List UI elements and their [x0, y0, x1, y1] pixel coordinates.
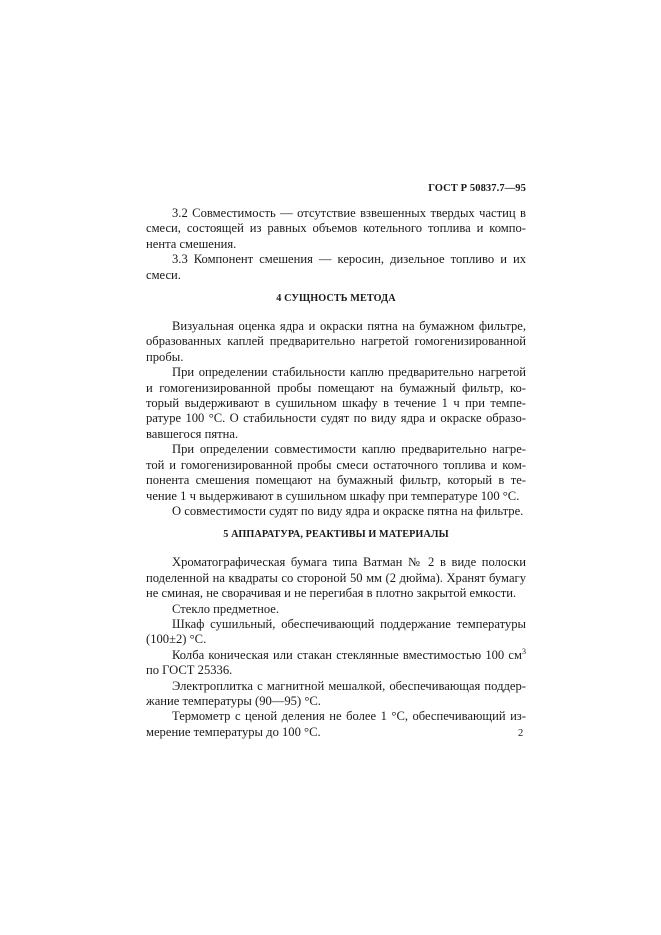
- section-4-paragraph: Визуальная оценка ядра и окраски пятна н…: [146, 319, 526, 365]
- section-4-paragraph: О совместимости судят по виду ядра и окр…: [146, 504, 526, 519]
- page-number: 2: [518, 728, 523, 740]
- section-5-flask-paragraph: Колба коническая или стакан стеклянные в…: [146, 648, 526, 679]
- definition-3-3: 3.3 Компонент смешения — керосин, дизель…: [146, 252, 526, 283]
- section-5-paragraph: Стекло предметное.: [146, 602, 526, 617]
- definition-3-2: 3.2 Совместимость — отсутствие взвешенны…: [146, 206, 526, 252]
- section-4-paragraph: При определении стабильности каплю предв…: [146, 365, 526, 442]
- section-5-paragraph: Шкаф сушильный, обеспечивающий поддержан…: [146, 617, 526, 648]
- cubic-superscript: 3: [522, 647, 526, 656]
- document-page: ГОСТ Р 50837.7—95 3.2 Совместимость — от…: [146, 182, 526, 740]
- section-5-paragraph: Хроматографическая бумага типа Ватман № …: [146, 555, 526, 601]
- section-5-paragraph: Термометр с ценой деления не более 1 °С,…: [146, 709, 526, 740]
- section-4-heading: 4 СУЩНОСТЬ МЕТОДА: [146, 292, 526, 306]
- section-5-paragraph: Электроплитка с магнитной мешалкой, обес…: [146, 679, 526, 710]
- flask-text-before: Колба коническая или стакан стеклянные в…: [172, 648, 522, 662]
- standard-code-header: ГОСТ Р 50837.7—95: [146, 182, 526, 196]
- section-4-paragraph: При определении совместимости каплю пред…: [146, 442, 526, 504]
- flask-text-after: по ГОСТ 25336.: [146, 663, 232, 677]
- section-5-heading: 5 АППАРАТУРА, РЕАКТИВЫ И МАТЕРИАЛЫ: [146, 528, 526, 542]
